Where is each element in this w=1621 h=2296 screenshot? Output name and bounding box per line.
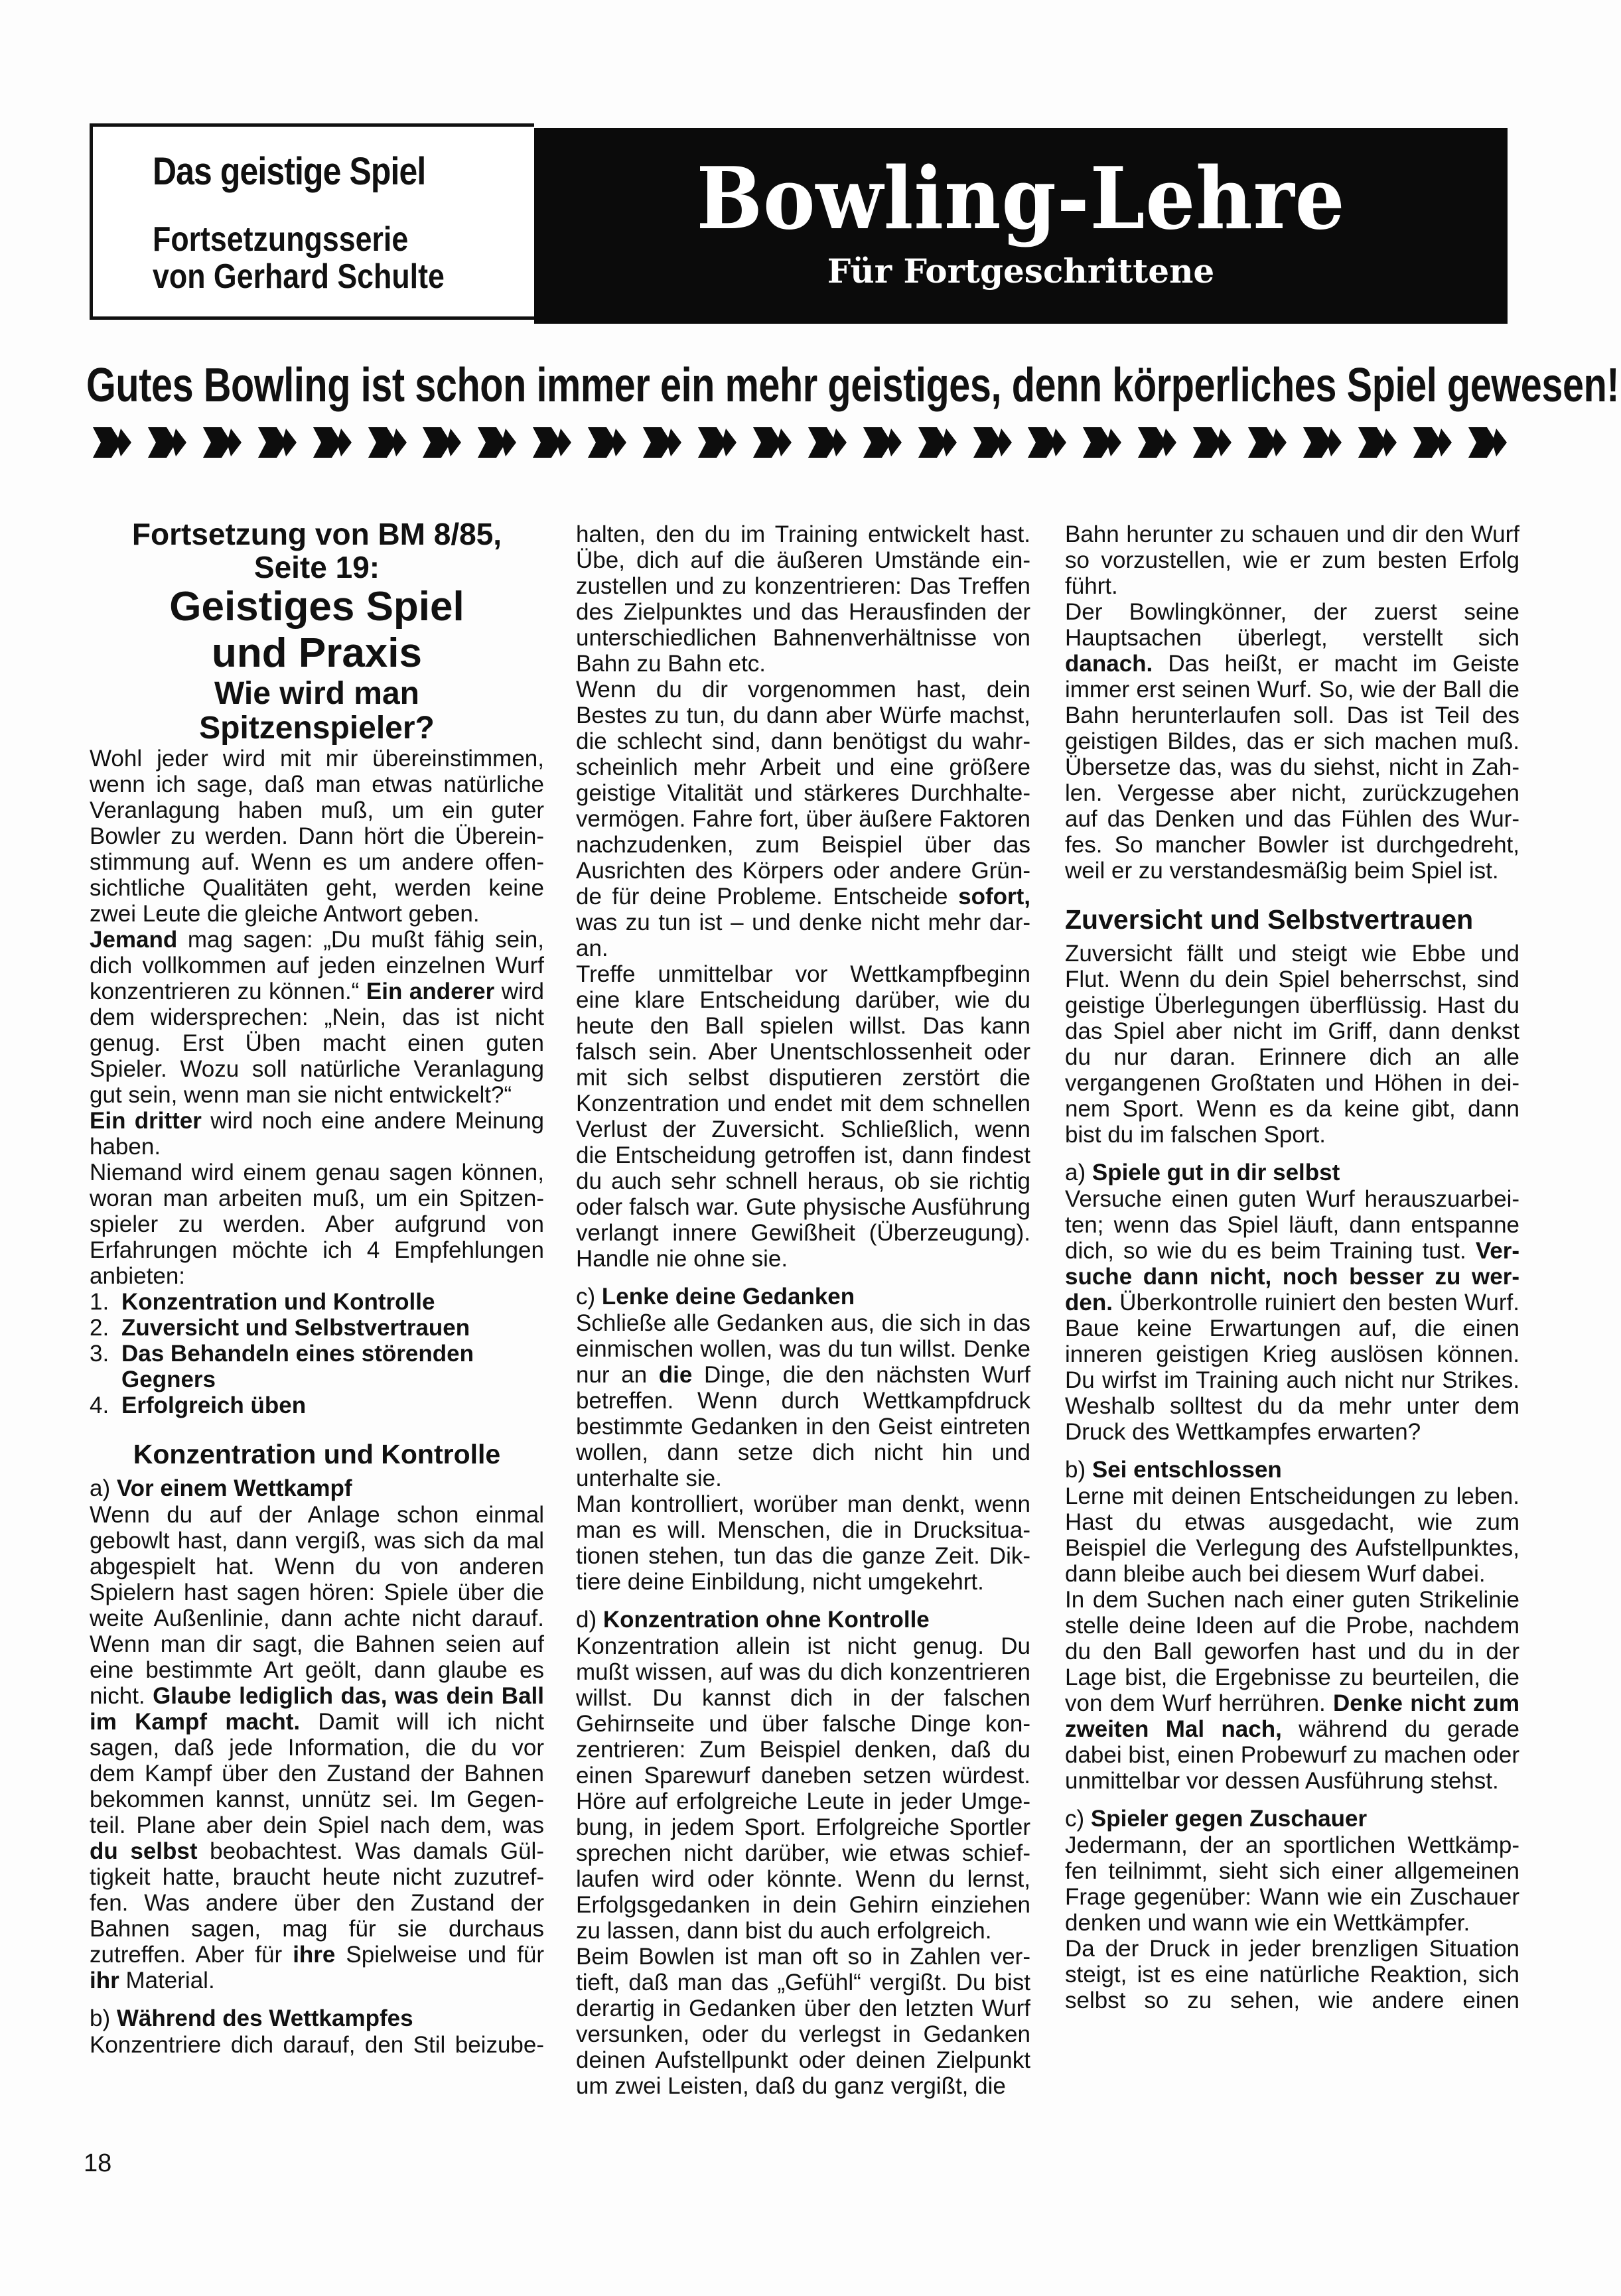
intro-paragraph-4: Niemand wird einem genau sagen können, w… — [90, 1160, 544, 1289]
article-title-line1: Geistiges Spiel — [169, 584, 464, 630]
subheading-label: b) — [90, 2005, 110, 2031]
subheading-label: a) — [90, 1475, 110, 1501]
paragraph-zahlen-continued: Bahn herunter zu schauen und dir den Wur… — [1065, 521, 1519, 599]
double-chevron-arrow-icon — [1026, 426, 1068, 459]
section-heading-konzentration: Konzentration und Kontrolle — [90, 1438, 544, 1470]
subheading-label: c) — [576, 1284, 595, 1310]
list-text: Zuversicht und Selbstvertrauen — [121, 1315, 470, 1341]
double-chevron-arrow-icon — [1357, 426, 1398, 459]
paragraph-waehrend-wettkampf-part2: halten, den du im Training entwickelt ha… — [576, 521, 1030, 677]
bold-text: ihre — [293, 1942, 335, 1968]
series-author: von Gerhard Schulte — [153, 258, 445, 295]
list-number: 4. — [90, 1392, 121, 1418]
subheading-spiele-gut: a) Spiele gut in dir selbst — [1065, 1160, 1519, 1186]
double-chevron-arrow-icon — [807, 426, 848, 459]
double-chevron-arrow-icon — [257, 426, 298, 459]
article-subtitle-line1: Wie wird man — [214, 676, 419, 711]
list-text: Erfolgreich üben — [121, 1392, 306, 1418]
subheading-label: d) — [576, 1607, 597, 1633]
subheading-text: Spieler gegen Zuschauer — [1091, 1806, 1367, 1832]
body-text: Das heißt, er macht im Geiste immer erst… — [1065, 651, 1519, 884]
list-item: 1.Konzentration und Kontrolle — [90, 1289, 544, 1315]
bold-text: ihr — [90, 1968, 119, 1993]
double-chevron-arrow-icon — [587, 426, 628, 459]
column-2: halten, den du im Training entwickelt ha… — [576, 521, 1030, 2177]
paragraph-jedermann: Jedermann, der an sportlichen Wettkämp­f… — [1065, 1832, 1519, 1936]
column-3: Bahn herunter zu schauen und dir den Wur… — [1065, 521, 1519, 2013]
double-chevron-arrow-icon — [1192, 426, 1233, 459]
list-number: 3. — [90, 1341, 121, 1392]
double-chevron-arrow-icon — [1412, 426, 1453, 459]
page-number: 18 — [84, 2149, 111, 2178]
body-text: Versuche einen guten Wurf herauszuarbei­… — [1065, 1186, 1519, 1264]
subheading-text: Vor einem Wettkampf — [117, 1475, 352, 1501]
paragraph-konzentration-allein: Konzentration allein ist nicht genug. Du… — [576, 1633, 1030, 1944]
double-chevron-arrow-icon — [476, 426, 518, 459]
double-chevron-arrow-icon — [1467, 426, 1508, 459]
paragraph-bowlingkoenner: Der Bowlingkönner, der zuerst seine Haup… — [1065, 599, 1519, 884]
bold-text: danach. — [1065, 651, 1153, 677]
list-item: 3.Das Behandeln eines störenden Gegners — [90, 1341, 544, 1392]
series-subtitle-line1: Fortsetzungsserie — [153, 221, 445, 258]
subheading-label: a) — [1065, 1160, 1086, 1185]
body-text: Material. — [119, 1968, 215, 1993]
paragraph-bestes-tun: Wenn du dir vorgenommen hast, dein Beste… — [576, 677, 1030, 961]
double-chevron-arrow-icon — [531, 426, 573, 459]
body-text: Wenn du dir vorgenommen hast, dein Beste… — [576, 677, 1030, 910]
paragraph-entscheidungen-leben: Lerne mit deinen Entscheidungen zu leben… — [1065, 1483, 1519, 1587]
intro-paragraph-3: Ein dritter wird noch eine andere Meinun… — [90, 1108, 544, 1160]
double-chevron-arrow-icon — [367, 426, 408, 459]
double-chevron-arrow-icon — [421, 426, 462, 459]
recommendations-list: 1.Konzentration und Kontrolle 2.Zuversic… — [90, 1289, 544, 1418]
main-subtitle: Für Fortgeschrittene — [534, 253, 1508, 290]
double-chevron-arrow-icon — [147, 426, 188, 459]
body-text: Spielweise und für — [335, 1942, 544, 1968]
double-chevron-arrow-icon — [92, 426, 133, 459]
series-info-box: Das geistige Spiel Fortsetzungsserie von… — [90, 123, 534, 320]
subheading-text: Lenke deine Gedanken — [602, 1284, 855, 1310]
paragraph-druck: Da der Druck in jeder brenzligen Situati… — [1065, 1936, 1519, 2013]
main-title: Bowling-Lehre — [573, 156, 1469, 242]
bold-text: sofort, — [958, 884, 1030, 910]
body-text: Wenn du auf der Anlage schon einmal gebo… — [90, 1502, 544, 1709]
body-text: Überkontrolle ruiniert den besten Wurf. … — [1065, 1290, 1519, 1445]
paragraph-strikelinie: In dem Suchen nach einer guten Strikelin… — [1065, 1587, 1519, 1794]
paragraph-waehrend-wettkampf-part1: Konzentriere dich darauf, den Stil beizu… — [90, 2032, 544, 2058]
double-chevron-arrow-icon — [752, 426, 793, 459]
subheading-label: c) — [1065, 1806, 1084, 1832]
paragraph-lenke-gedanken: Schließe alle Gedanken aus, die sich in … — [576, 1310, 1030, 1491]
list-number: 1. — [90, 1289, 121, 1315]
paragraph-vor-wettkampf: Wenn du auf der Anlage schon einmal gebo… — [90, 1502, 544, 1993]
paragraph-kontrolliert: Man kontrolliert, worüber man denkt, wen… — [576, 1491, 1030, 1595]
subheading-text: Während des Wettkampfes — [117, 2005, 413, 2031]
double-chevron-arrow-icon — [972, 426, 1013, 459]
body-text: Der Bowlingkönner, der zuerst seine Haup… — [1065, 599, 1519, 651]
paragraph-spiele-gut: Versuche einen guten Wurf herauszuarbei­… — [1065, 1186, 1519, 1445]
series-title: Das geistige Spiel — [153, 149, 425, 194]
double-chevron-arrow-icon — [697, 426, 738, 459]
list-number: 2. — [90, 1315, 121, 1341]
list-text: Das Behandeln eines störenden Gegners — [121, 1341, 544, 1392]
tagline: Gutes Bowling ist schon immer ein mehr g… — [86, 358, 1228, 413]
article-subtitle: Wie wird man Spitzenspieler? — [90, 677, 544, 746]
list-text: Konzentration und Kontrolle — [121, 1289, 435, 1315]
list-item: 2.Zuversicht und Selbstvertrauen — [90, 1315, 544, 1341]
intro-paragraph-1: Wohl jeder wird mit mir übereinstimmen, … — [90, 746, 544, 927]
intro-paragraph-2: Jemand mag sagen: „Du mußt fähig sein, d… — [90, 927, 544, 1108]
double-chevron-arrow-icon — [1247, 426, 1288, 459]
arrow-decoration-row — [92, 426, 1508, 459]
paragraph-entscheidung: Treffe unmittelbar vor Wettkampfbeginn e… — [576, 961, 1030, 1272]
article-title: Geistiges Spiel und Praxis — [90, 584, 544, 677]
paragraph-zuversicht-intro: Zuversicht fällt und steigt wie Ebbe und… — [1065, 941, 1519, 1148]
double-chevron-arrow-icon — [312, 426, 353, 459]
continuation-note: Fortsetzung von BM 8/85, Seite 19: — [90, 517, 544, 584]
subheading-spieler-zuschauer: c) Spieler gegen Zuschauer — [1065, 1806, 1519, 1832]
subheading-text: Konzentration ohne Kontrolle — [603, 1607, 930, 1633]
subheading-waehrend-wettkampf: b) Während des Wettkampfes — [90, 2005, 544, 2032]
continuation-line2: Seite 19: — [254, 550, 380, 584]
subheading-vor-wettkampf: a) Vor einem Wettkampf — [90, 1475, 544, 1502]
subheading-konzentration-ohne-kontrolle: d) Konzentration ohne Kontrolle — [576, 1607, 1030, 1633]
bold-text: du selbst — [90, 1838, 198, 1864]
bold-text: Jemand — [90, 927, 177, 953]
double-chevron-arrow-icon — [917, 426, 958, 459]
subheading-label: b) — [1065, 1457, 1086, 1483]
double-chevron-arrow-icon — [1302, 426, 1343, 459]
double-chevron-arrow-icon — [202, 426, 243, 459]
double-chevron-arrow-icon — [642, 426, 683, 459]
title-banner: Bowling-Lehre Für Fortgeschrittene — [534, 128, 1508, 324]
subheading-lenke-gedanken: c) Lenke deine Gedanken — [576, 1284, 1030, 1310]
subheading-text: Spiele gut in dir selbst — [1092, 1160, 1340, 1185]
bold-text: Ein dritter — [90, 1108, 202, 1134]
double-chevron-arrow-icon — [1082, 426, 1123, 459]
bold-text: die — [659, 1362, 693, 1388]
section-heading-zuversicht: Zuversicht und Selbstvertrauen — [1065, 904, 1519, 935]
bold-text: Ein anderer — [366, 979, 494, 1004]
double-chevron-arrow-icon — [862, 426, 903, 459]
body-text: was zu tun ist – und denke nicht mehr da… — [576, 910, 1030, 961]
article-title-line2: und Praxis — [212, 630, 422, 676]
continuation-line1: Fortsetzung von BM 8/85, — [132, 517, 502, 551]
subheading-text: Sei entschlossen — [1092, 1457, 1282, 1483]
subheading-sei-entschlossen: b) Sei entschlossen — [1065, 1457, 1519, 1483]
series-subtitle: Fortsetzungsserie von Gerhard Schulte — [153, 221, 445, 295]
article-subtitle-line2: Spitzenspieler? — [199, 710, 435, 746]
paragraph-zahlen: Beim Bowlen ist man oft so in Zahlen ver… — [576, 1944, 1030, 2177]
list-item: 4.Erfolgreich üben — [90, 1392, 544, 1418]
column-1: Fortsetzung von BM 8/85, Seite 19: Geist… — [90, 517, 544, 2058]
double-chevron-arrow-icon — [1137, 426, 1178, 459]
